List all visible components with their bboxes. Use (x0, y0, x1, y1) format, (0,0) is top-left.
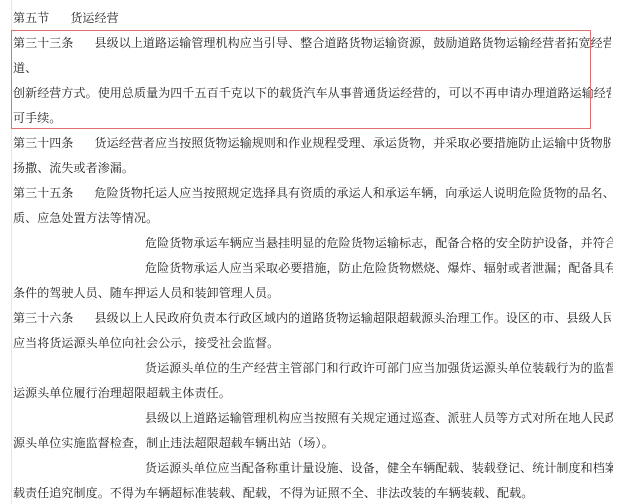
article-36-label: 第三十六条 (13, 306, 74, 331)
section-number: 第五节 (13, 11, 49, 25)
article-36-line-5: 县级以上道路运输管理机构应当按照有关规定通过巡查、派驻人员等方式对所在地人民政府… (13, 406, 613, 431)
article-33-line-3: 创新经营方式。使用总质量为四千五百千克以下的载货汽车从事普通货运经营的，可以不再… (13, 81, 611, 106)
article-36-line-7: 货运源头单位应当配备称重计量设施、设备，健全车辆配载、装载登记、统计制度和档案，… (13, 456, 613, 481)
article-33-label: 第三十三条 (13, 31, 74, 56)
article-34-line-1: 第三十四条货运经营者应当按照货物运输规则和作业规程受理、承运货物，并采取必要措施… (13, 131, 611, 156)
article-33-line-4: 可手续。 (13, 106, 611, 131)
article-33-line-1: 第三十三条县级以上道路运输管理机构应当引导、整合道路货物运输资源，鼓励道路货物运… (13, 31, 611, 56)
article-36-line-6: 源头单位实施监督检查，制止违法超限超载车辆出站（场）。 (13, 431, 611, 456)
section-title: 货运经营 (70, 11, 118, 25)
article-35-line-3: 危险货物承运车辆应当悬挂明显的危险货物运输标志，配备合格的安全防护设备，并符合相… (13, 231, 613, 256)
article-35-line-2: 质、应急处置方法等情况。 (13, 206, 611, 231)
article-34-label: 第三十四条 (13, 131, 74, 156)
section-heading: 第五节货运经营 (13, 6, 611, 31)
article-35-label: 第三十五条 (13, 181, 74, 206)
article-33-line-2: 道、 (13, 56, 611, 81)
article-35-line-5: 条件的驾驶人员、随车押运人员和装卸管理人员。 (13, 281, 611, 306)
article-35-line-4: 危险货物承运人应当采取必要措施，防止危险货物燃烧、爆炸、辐射或者泄漏；配备具有国… (13, 256, 613, 281)
left-margin-rule (11, 0, 12, 504)
article-34-line-2: 扬撒、流失或者渗漏。 (13, 156, 611, 181)
article-36-line-4: 运源头单位履行治理超限超载主体责任。 (13, 381, 611, 406)
article-36-line-2: 应当将货运源头单位向社会公示，接受社会监督。 (13, 331, 611, 356)
article-36-line-8: 载责任追究制度。不得为车辆超标准装载、配载，不得为证照不全、非法改装的车辆装载、… (13, 481, 611, 504)
article-36-line-1: 第三十六条县级以上人民政府负责本行政区域内的道路货物运输超限超载源头治理工作。设… (13, 306, 611, 331)
article-36-line-3: 货运源头单位的生产经营主管部门和行政许可部门应当加强货运源头单位装载行为的监督管… (13, 356, 613, 381)
article-35-line-1: 第三十五条危险货物托运人应当按照规定选择具有资质的承运人和承运车辆，向承运人说明… (13, 181, 611, 206)
document-body: 第五节货运经营 第三十三条县级以上道路运输管理机构应当引导、整合道路货物运输资源… (13, 6, 630, 504)
